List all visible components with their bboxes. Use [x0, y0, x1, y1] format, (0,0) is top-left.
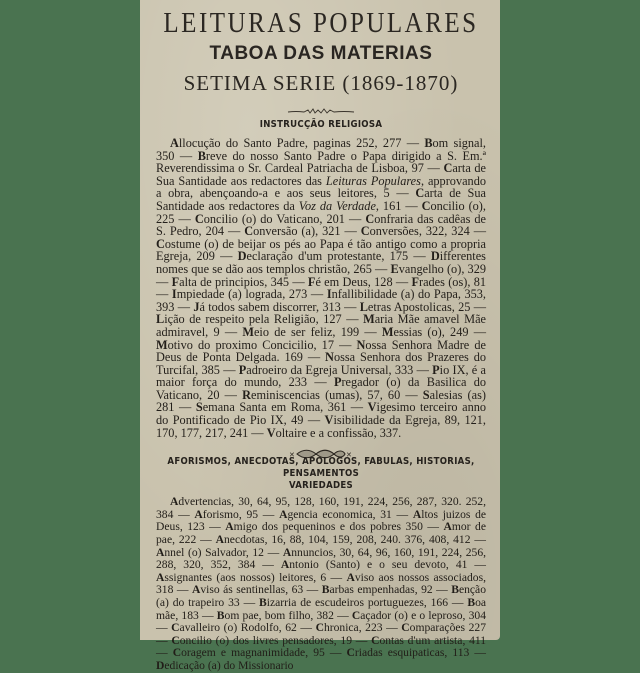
section-heading-religious: INSTRUCÇÃO RELIGIOSA [156, 119, 486, 131]
index-entry: Breve do nosso Santo Padre o Papa dirigi… [156, 149, 486, 176]
index-entry: Chronica, 223 [316, 621, 383, 634]
section-heading-aphorisms: AFORISMOS, ANECDOTAS, APOLOGOS, FABULAS,… [156, 456, 486, 480]
index-entry: Bom pae, bom filho, 382 [217, 609, 334, 622]
index-entry: Bizarria de escudeiros portuguezes, 166 [259, 596, 448, 609]
index-entry: Amigo dos pequeninos e dos pobres 350 [225, 520, 423, 533]
index-entry: Voltaire e a confissão, 337. [267, 426, 402, 440]
index-entry: Anecdotas, 16, 88, 104, 159, 208, 240. 3… [216, 533, 471, 546]
publication-title: LEITURAS POPULARES [156, 8, 486, 40]
index-entry: Contas d'um artista, 411 [371, 634, 486, 640]
series-title: SETIMA SERIE (1869-1870) [156, 70, 486, 96]
index-entry: Cavalleiro (o) Rodolfo, 62 [171, 621, 297, 634]
index-entry: Caçador (o) e o leproso, 304 [352, 609, 486, 622]
section-body-aphorisms: Advertencias, 30, 64, 95, 128, 160, 191,… [156, 496, 486, 640]
index-entry: Concilio (o) dos livres pensadores, 19 [171, 634, 352, 640]
contents-title: TABOA DAS MATERIAS [156, 42, 486, 66]
index-entry: Aforismo, 95 [194, 508, 258, 521]
ornament-divider-icon [156, 100, 486, 110]
index-entry: Annel (o) Salvador, 12 [156, 546, 264, 559]
index-entry: Assignantes (aos nossos) leitores, 6 [156, 571, 326, 584]
index-entry: Antonio (Santo) e o seu devoto, 41 [281, 558, 468, 571]
ornament-divider-icon: ✕ ✕ [156, 444, 486, 456]
index-entry: Agencia economica, 31 [279, 508, 392, 521]
index-entry: Barbas empenhadas, 92 [322, 583, 433, 596]
section-subheading-varieties: VARIEDADES [156, 480, 486, 492]
index-entry: Comparações 227 [401, 621, 486, 634]
document-page: LEITURAS POPULARES TABOA DAS MATERIAS SE… [140, 0, 500, 640]
section-body-religious: Allocução do Santo Padre, paginas 252, 2… [156, 137, 486, 439]
index-entry: Aviso ás sentinellas, 63 [192, 583, 303, 596]
